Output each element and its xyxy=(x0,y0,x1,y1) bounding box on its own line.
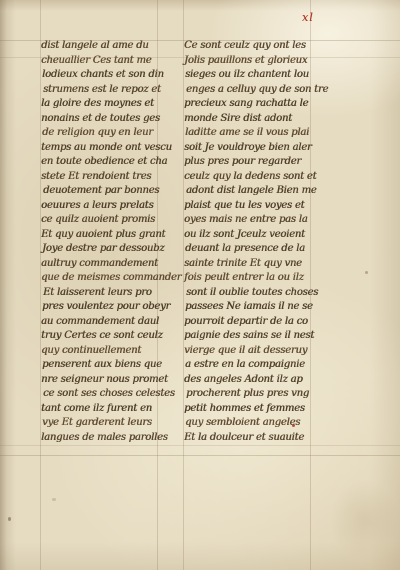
text-line: des angeles Adont ilz ap xyxy=(184,373,311,388)
text-line: au commandement daul xyxy=(41,315,158,330)
ruling-line-bottom-2 xyxy=(0,455,400,456)
text-line: vierge que il ait desseruy xyxy=(184,344,311,359)
parchment-speck xyxy=(365,271,368,274)
text-line: strumens est le repoz et xyxy=(43,83,158,98)
text-line: la gloire des moynes et xyxy=(41,97,158,112)
folio-number: xl xyxy=(302,11,314,24)
text-line: langues de males parolles xyxy=(41,431,158,446)
text-line: adont dist langele Bien me xyxy=(186,184,311,199)
text-line: fois peult entrer la ou ilz xyxy=(184,271,311,286)
text-line: cheuallier Ces tant me xyxy=(41,54,158,69)
text-line: aultruy commandement xyxy=(41,257,158,272)
text-line: laditte ame se il vous plai xyxy=(185,126,311,141)
text-line: pres voulentez pour obeyr xyxy=(42,300,158,315)
text-line: quy continuellement xyxy=(41,344,158,359)
parchment-stain xyxy=(330,480,400,560)
text-line: ceulz quy la dedens sont et xyxy=(184,170,311,185)
text-column-left: dist langele al ame ducheuallier Ces tan… xyxy=(41,39,158,445)
parchment-speck xyxy=(52,498,56,501)
ruling-line-bottom-1 xyxy=(0,445,400,446)
text-line: pourroit departir de la co xyxy=(184,315,311,330)
text-line: monde Sire dist adont xyxy=(184,112,311,127)
text-line: ce sont ses choses celestes xyxy=(43,387,158,402)
text-line: nonains et de toutes ges xyxy=(41,112,158,127)
parchment-speck xyxy=(8,517,11,521)
text-line: plaist que tu les voyes et xyxy=(184,199,311,214)
text-line: oyes mais ne entre pas la xyxy=(184,213,311,228)
text-line: Joye destre par dessoubz xyxy=(42,242,158,257)
text-line: tant come ilz furent en xyxy=(41,402,158,417)
text-line: paignie des sains se il nest xyxy=(184,329,311,344)
text-line: deuant la presence de la xyxy=(185,242,311,257)
text-line: Jolis pauillons et glorieux xyxy=(184,54,311,69)
text-line: lodieux chants et son din xyxy=(42,68,158,83)
text-line: Et laisserent leurs pro xyxy=(43,286,158,301)
text-line: nre seigneur nous promet xyxy=(41,373,158,388)
text-line: petit hommes et femmes xyxy=(184,402,311,417)
text-line: sieges ou ilz chantent lou xyxy=(185,68,311,83)
text-line: enges a celluy quy de son tre xyxy=(186,83,311,98)
text-line: oeuures a leurs prelats xyxy=(41,199,158,214)
text-line: Et quy auoient plus grant xyxy=(41,228,158,243)
text-line: Et la doulceur et suauite xyxy=(184,431,311,446)
text-line: vye Et garderent leurs xyxy=(42,416,158,431)
text-line: plus pres pour regarder xyxy=(184,155,311,170)
text-line: soit Je vouldroye bien aler xyxy=(184,141,311,156)
text-line: ce quilz auoient promis xyxy=(41,213,158,228)
text-line: a estre en la compaignie xyxy=(185,358,311,373)
text-line: sainte trinite Et quy vne xyxy=(184,257,311,272)
text-line: en toute obedience et cha xyxy=(41,155,158,170)
text-line: precieux sang rachatta le xyxy=(184,97,311,112)
text-line: deuotement par bonnes xyxy=(43,184,158,199)
text-line: procherent plus pres vng xyxy=(186,387,311,402)
text-line: dist langele al ame du xyxy=(41,39,158,54)
text-line: de religion quy en leur xyxy=(42,126,158,141)
manuscript-page: xl dist langele al ame ducheuallier Ces … xyxy=(0,0,400,570)
text-line: sont il oublie toutes choses xyxy=(186,286,311,301)
text-line: temps au monde ont vescu xyxy=(41,141,158,156)
text-line: passees Ne iamais il ne se xyxy=(185,300,311,315)
text-line: truy Certes ce sont ceulz xyxy=(41,329,158,344)
text-line: Ce sont ceulz quy ont les xyxy=(184,39,311,54)
text-column-right: Ce sont ceulz quy ont lesJolis pauillons… xyxy=(184,39,311,445)
red-ink-mark xyxy=(292,424,295,427)
text-line: ou ilz sont Jceulz veoient xyxy=(184,228,311,243)
text-line: stete Et rendoient tres xyxy=(41,170,158,185)
text-line: penserent aux biens que xyxy=(42,358,158,373)
text-line: que de meismes commander xyxy=(41,271,158,286)
